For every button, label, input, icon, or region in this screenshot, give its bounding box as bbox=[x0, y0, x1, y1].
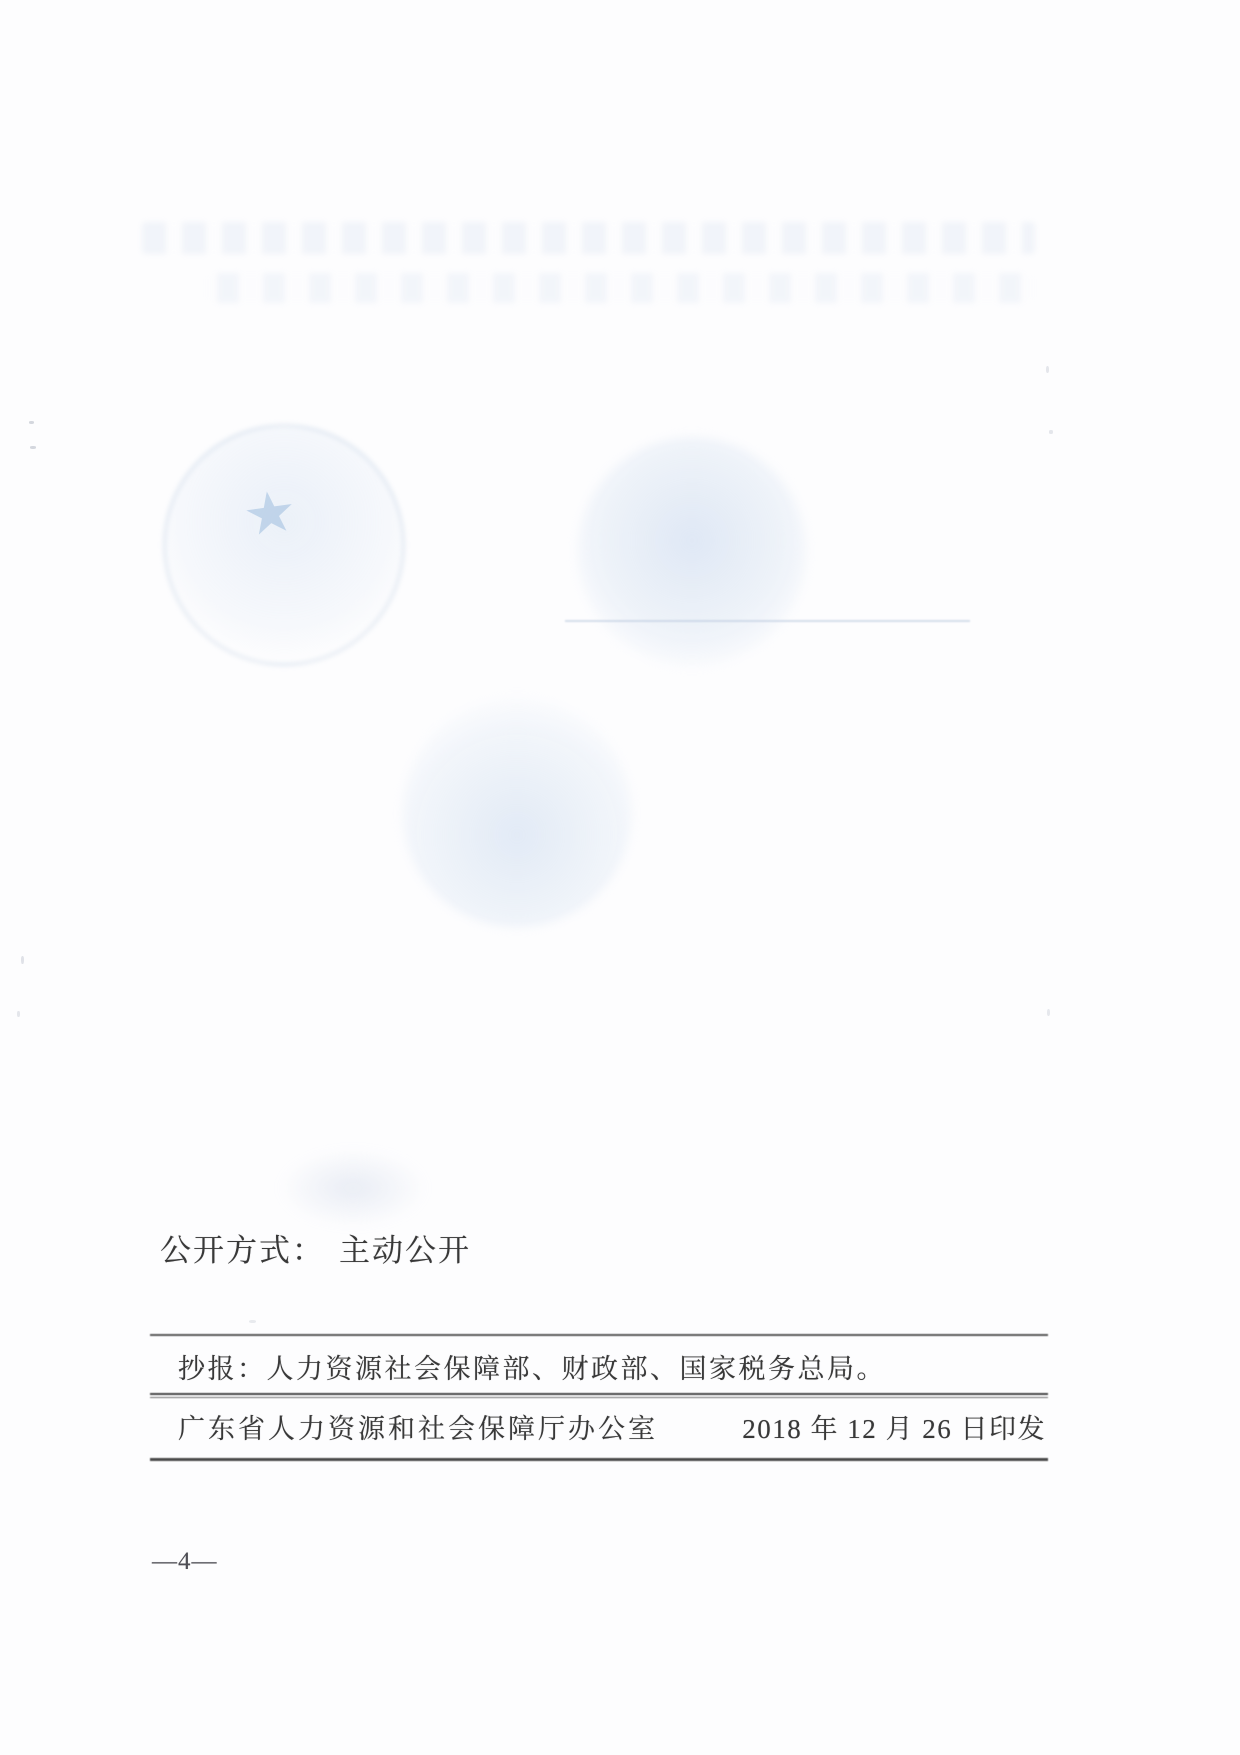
print-date: 2018 年 12 月 26 日印发 bbox=[742, 1410, 1046, 1448]
scan-speck bbox=[1047, 1009, 1050, 1016]
faded-seal-right bbox=[577, 437, 807, 667]
scan-speck bbox=[1046, 366, 1049, 373]
disclosure-label: 公开方式： bbox=[160, 1233, 325, 1268]
scan-speck bbox=[21, 956, 24, 964]
bleedthrough-text-row-2 bbox=[205, 273, 1035, 303]
colophon-middle-rule bbox=[150, 1393, 1048, 1398]
bleedthrough-smudge bbox=[278, 1148, 428, 1228]
issue-row: 广东省人力资源和社会保障厅办公室 2018 年 12 月 26 日印发 bbox=[150, 1410, 1048, 1448]
faded-seal-left bbox=[163, 424, 405, 666]
colophon-bottom-rule bbox=[150, 1458, 1048, 1461]
scan-speck bbox=[249, 1320, 256, 1323]
cc-recipients: 人力资源社会保障部、财政部、国家税务总局。 bbox=[267, 1354, 887, 1384]
bleedthrough-underline bbox=[565, 620, 970, 622]
colophon-top-rule bbox=[150, 1334, 1048, 1336]
bleedthrough-text-row-1 bbox=[142, 222, 1035, 254]
cc-row: 抄报：人力资源社会保障部、财政部、国家税务总局。 bbox=[178, 1351, 886, 1387]
faded-seal-center bbox=[402, 697, 632, 927]
scanned-document-page: 公开方式：主动公开 抄报：人力资源社会保障部、财政部、国家税务总局。 广东省人力… bbox=[0, 0, 1240, 1755]
scan-speck bbox=[17, 1011, 20, 1017]
page-number: —4— bbox=[152, 1548, 218, 1576]
scan-speck bbox=[1049, 430, 1053, 434]
issuing-office: 广东省人力资源和社会保障厅办公室 bbox=[178, 1410, 658, 1448]
scan-speck bbox=[29, 421, 34, 424]
disclosure-line: 公开方式：主动公开 bbox=[160, 1230, 471, 1272]
scan-speck bbox=[30, 446, 36, 449]
cc-label: 抄报： bbox=[178, 1354, 267, 1384]
disclosure-value: 主动公开 bbox=[339, 1233, 471, 1268]
